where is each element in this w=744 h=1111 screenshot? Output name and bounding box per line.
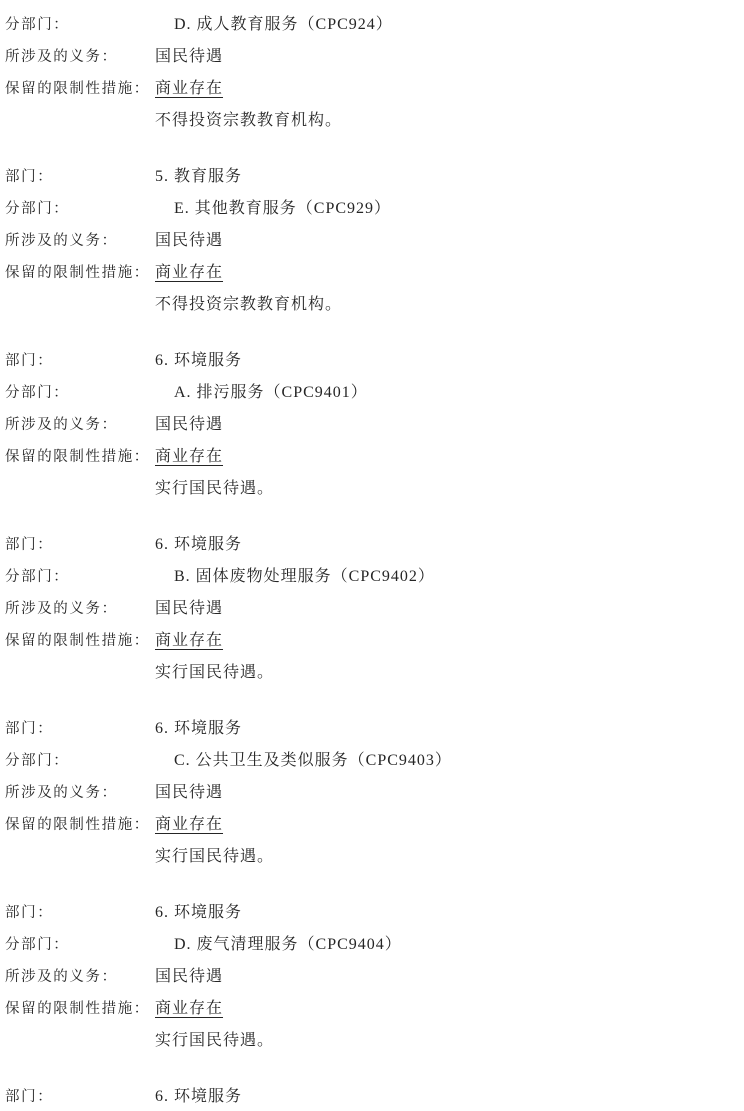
measure-detail-spacer (5, 1025, 155, 1057)
sector-value: 6. 环境服务 (155, 345, 242, 377)
subsector-row: 分部门： B. 固体废物处理服务（CPC9402） (5, 561, 734, 593)
measures-row: 保留的限制性措施： 商业存在 (5, 257, 734, 289)
sector-label: 部门： (5, 161, 155, 193)
schedule-entry: 部门： 6. 环境服务 分部门： C. 公共卫生及类似服务（CPC9403） 所… (5, 713, 734, 873)
obligations-label: 所涉及的义务： (5, 593, 155, 625)
measure-detail-spacer (5, 841, 155, 873)
obligations-label: 所涉及的义务： (5, 777, 155, 809)
sector-label: 部门： (5, 897, 155, 929)
measures-row: 保留的限制性措施： 商业存在 (5, 993, 734, 1025)
obligations-row: 所涉及的义务： 国民待遇 (5, 409, 734, 441)
subsector-label: 分部门： (5, 929, 155, 961)
subsector-value: D. 废气清理服务（CPC9404） (155, 929, 402, 961)
measure-detail-row: 实行国民待遇。 (5, 657, 734, 689)
sector-row: 部门： 6. 环境服务 (5, 345, 734, 377)
subsector-value: E. 其他教育服务（CPC929） (155, 193, 391, 225)
subsector-value: D. 成人教育服务（CPC924） (155, 9, 393, 41)
measures-label: 保留的限制性措施： (5, 441, 155, 473)
measure-detail-value: 实行国民待遇。 (155, 657, 274, 689)
subsector-value: B. 固体废物处理服务（CPC9402） (155, 561, 435, 593)
measure-mode-value: 商业存在 (155, 441, 223, 473)
measures-row: 保留的限制性措施： 商业存在 (5, 625, 734, 657)
measure-mode-value: 商业存在 (155, 809, 223, 841)
schedule-entry: 部门： 5. 教育服务 分部门： E. 其他教育服务（CPC929） 所涉及的义… (5, 161, 734, 321)
subsector-row: 分部门： C. 公共卫生及类似服务（CPC9403） (5, 745, 734, 777)
obligations-value: 国民待遇 (155, 409, 223, 441)
subsector-row: 分部门： A. 排污服务（CPC9401） (5, 377, 734, 409)
obligations-label: 所涉及的义务： (5, 41, 155, 73)
measure-detail-value: 不得投资宗教教育机构。 (155, 289, 342, 321)
obligations-row: 所涉及的义务： 国民待遇 (5, 41, 734, 73)
measure-mode-value: 商业存在 (155, 257, 223, 289)
measure-detail-value: 实行国民待遇。 (155, 473, 274, 505)
sector-row: 部门： 6. 环境服务 (5, 1081, 734, 1111)
measures-row: 保留的限制性措施： 商业存在 (5, 809, 734, 841)
document-page: 分部门： D. 成人教育服务（CPC924） 所涉及的义务： 国民待遇 保留的限… (0, 0, 744, 1111)
subsector-label: 分部门： (5, 745, 155, 777)
obligations-row: 所涉及的义务： 国民待遇 (5, 777, 734, 809)
schedule-entry: 部门： 6. 环境服务 (5, 1081, 734, 1111)
schedule-entry: 部门： 6. 环境服务 分部门： D. 废气清理服务（CPC9404） 所涉及的… (5, 897, 734, 1057)
sector-row: 部门： 5. 教育服务 (5, 161, 734, 193)
measure-detail-value: 不得投资宗教教育机构。 (155, 105, 342, 137)
sector-row: 部门： 6. 环境服务 (5, 713, 734, 745)
subsector-row: 分部门： E. 其他教育服务（CPC929） (5, 193, 734, 225)
obligations-label: 所涉及的义务： (5, 409, 155, 441)
schedule-entry: 部门： 6. 环境服务 分部门： A. 排污服务（CPC9401） 所涉及的义务… (5, 345, 734, 505)
measures-label: 保留的限制性措施： (5, 257, 155, 289)
sector-value: 6. 环境服务 (155, 897, 242, 929)
sector-row: 部门： 6. 环境服务 (5, 529, 734, 561)
obligations-row: 所涉及的义务： 国民待遇 (5, 225, 734, 257)
measures-label: 保留的限制性措施： (5, 809, 155, 841)
measure-detail-row: 实行国民待遇。 (5, 473, 734, 505)
measure-detail-row: 实行国民待遇。 (5, 1025, 734, 1057)
obligations-row: 所涉及的义务： 国民待遇 (5, 961, 734, 993)
measure-detail-spacer (5, 289, 155, 321)
measure-mode-value: 商业存在 (155, 625, 223, 657)
measures-row: 保留的限制性措施： 商业存在 (5, 73, 734, 105)
subsector-row: 分部门： D. 成人教育服务（CPC924） (5, 9, 734, 41)
schedule-entry: 分部门： D. 成人教育服务（CPC924） 所涉及的义务： 国民待遇 保留的限… (5, 9, 734, 137)
subsector-value: C. 公共卫生及类似服务（CPC9403） (155, 745, 452, 777)
subsector-value: A. 排污服务（CPC9401） (155, 377, 368, 409)
measures-label: 保留的限制性措施： (5, 625, 155, 657)
obligations-label: 所涉及的义务： (5, 961, 155, 993)
measure-detail-row: 实行国民待遇。 (5, 841, 734, 873)
obligations-label: 所涉及的义务： (5, 225, 155, 257)
subsector-label: 分部门： (5, 9, 155, 41)
measure-detail-value: 实行国民待遇。 (155, 1025, 274, 1057)
schedule-entry: 部门： 6. 环境服务 分部门： B. 固体废物处理服务（CPC9402） 所涉… (5, 529, 734, 689)
sector-label: 部门： (5, 345, 155, 377)
sector-value: 6. 环境服务 (155, 713, 242, 745)
subsector-label: 分部门： (5, 377, 155, 409)
obligations-value: 国民待遇 (155, 961, 223, 993)
measures-label: 保留的限制性措施： (5, 73, 155, 105)
sector-label: 部门： (5, 1081, 155, 1111)
sector-value: 6. 环境服务 (155, 1081, 242, 1111)
measure-detail-spacer (5, 105, 155, 137)
measure-mode-value: 商业存在 (155, 73, 223, 105)
obligations-value: 国民待遇 (155, 41, 223, 73)
subsector-row: 分部门： D. 废气清理服务（CPC9404） (5, 929, 734, 961)
measure-detail-spacer (5, 657, 155, 689)
measures-row: 保留的限制性措施： 商业存在 (5, 441, 734, 473)
sector-label: 部门： (5, 713, 155, 745)
measure-detail-row: 不得投资宗教教育机构。 (5, 105, 734, 137)
subsector-label: 分部门： (5, 193, 155, 225)
sector-value: 6. 环境服务 (155, 529, 242, 561)
measure-detail-row: 不得投资宗教教育机构。 (5, 289, 734, 321)
measure-mode-value: 商业存在 (155, 993, 223, 1025)
sector-row: 部门： 6. 环境服务 (5, 897, 734, 929)
measure-detail-spacer (5, 473, 155, 505)
measure-detail-value: 实行国民待遇。 (155, 841, 274, 873)
sector-label: 部门： (5, 529, 155, 561)
obligations-value: 国民待遇 (155, 777, 223, 809)
sector-value: 5. 教育服务 (155, 161, 242, 193)
subsector-label: 分部门： (5, 561, 155, 593)
obligations-value: 国民待遇 (155, 225, 223, 257)
obligations-row: 所涉及的义务： 国民待遇 (5, 593, 734, 625)
obligations-value: 国民待遇 (155, 593, 223, 625)
measures-label: 保留的限制性措施： (5, 993, 155, 1025)
